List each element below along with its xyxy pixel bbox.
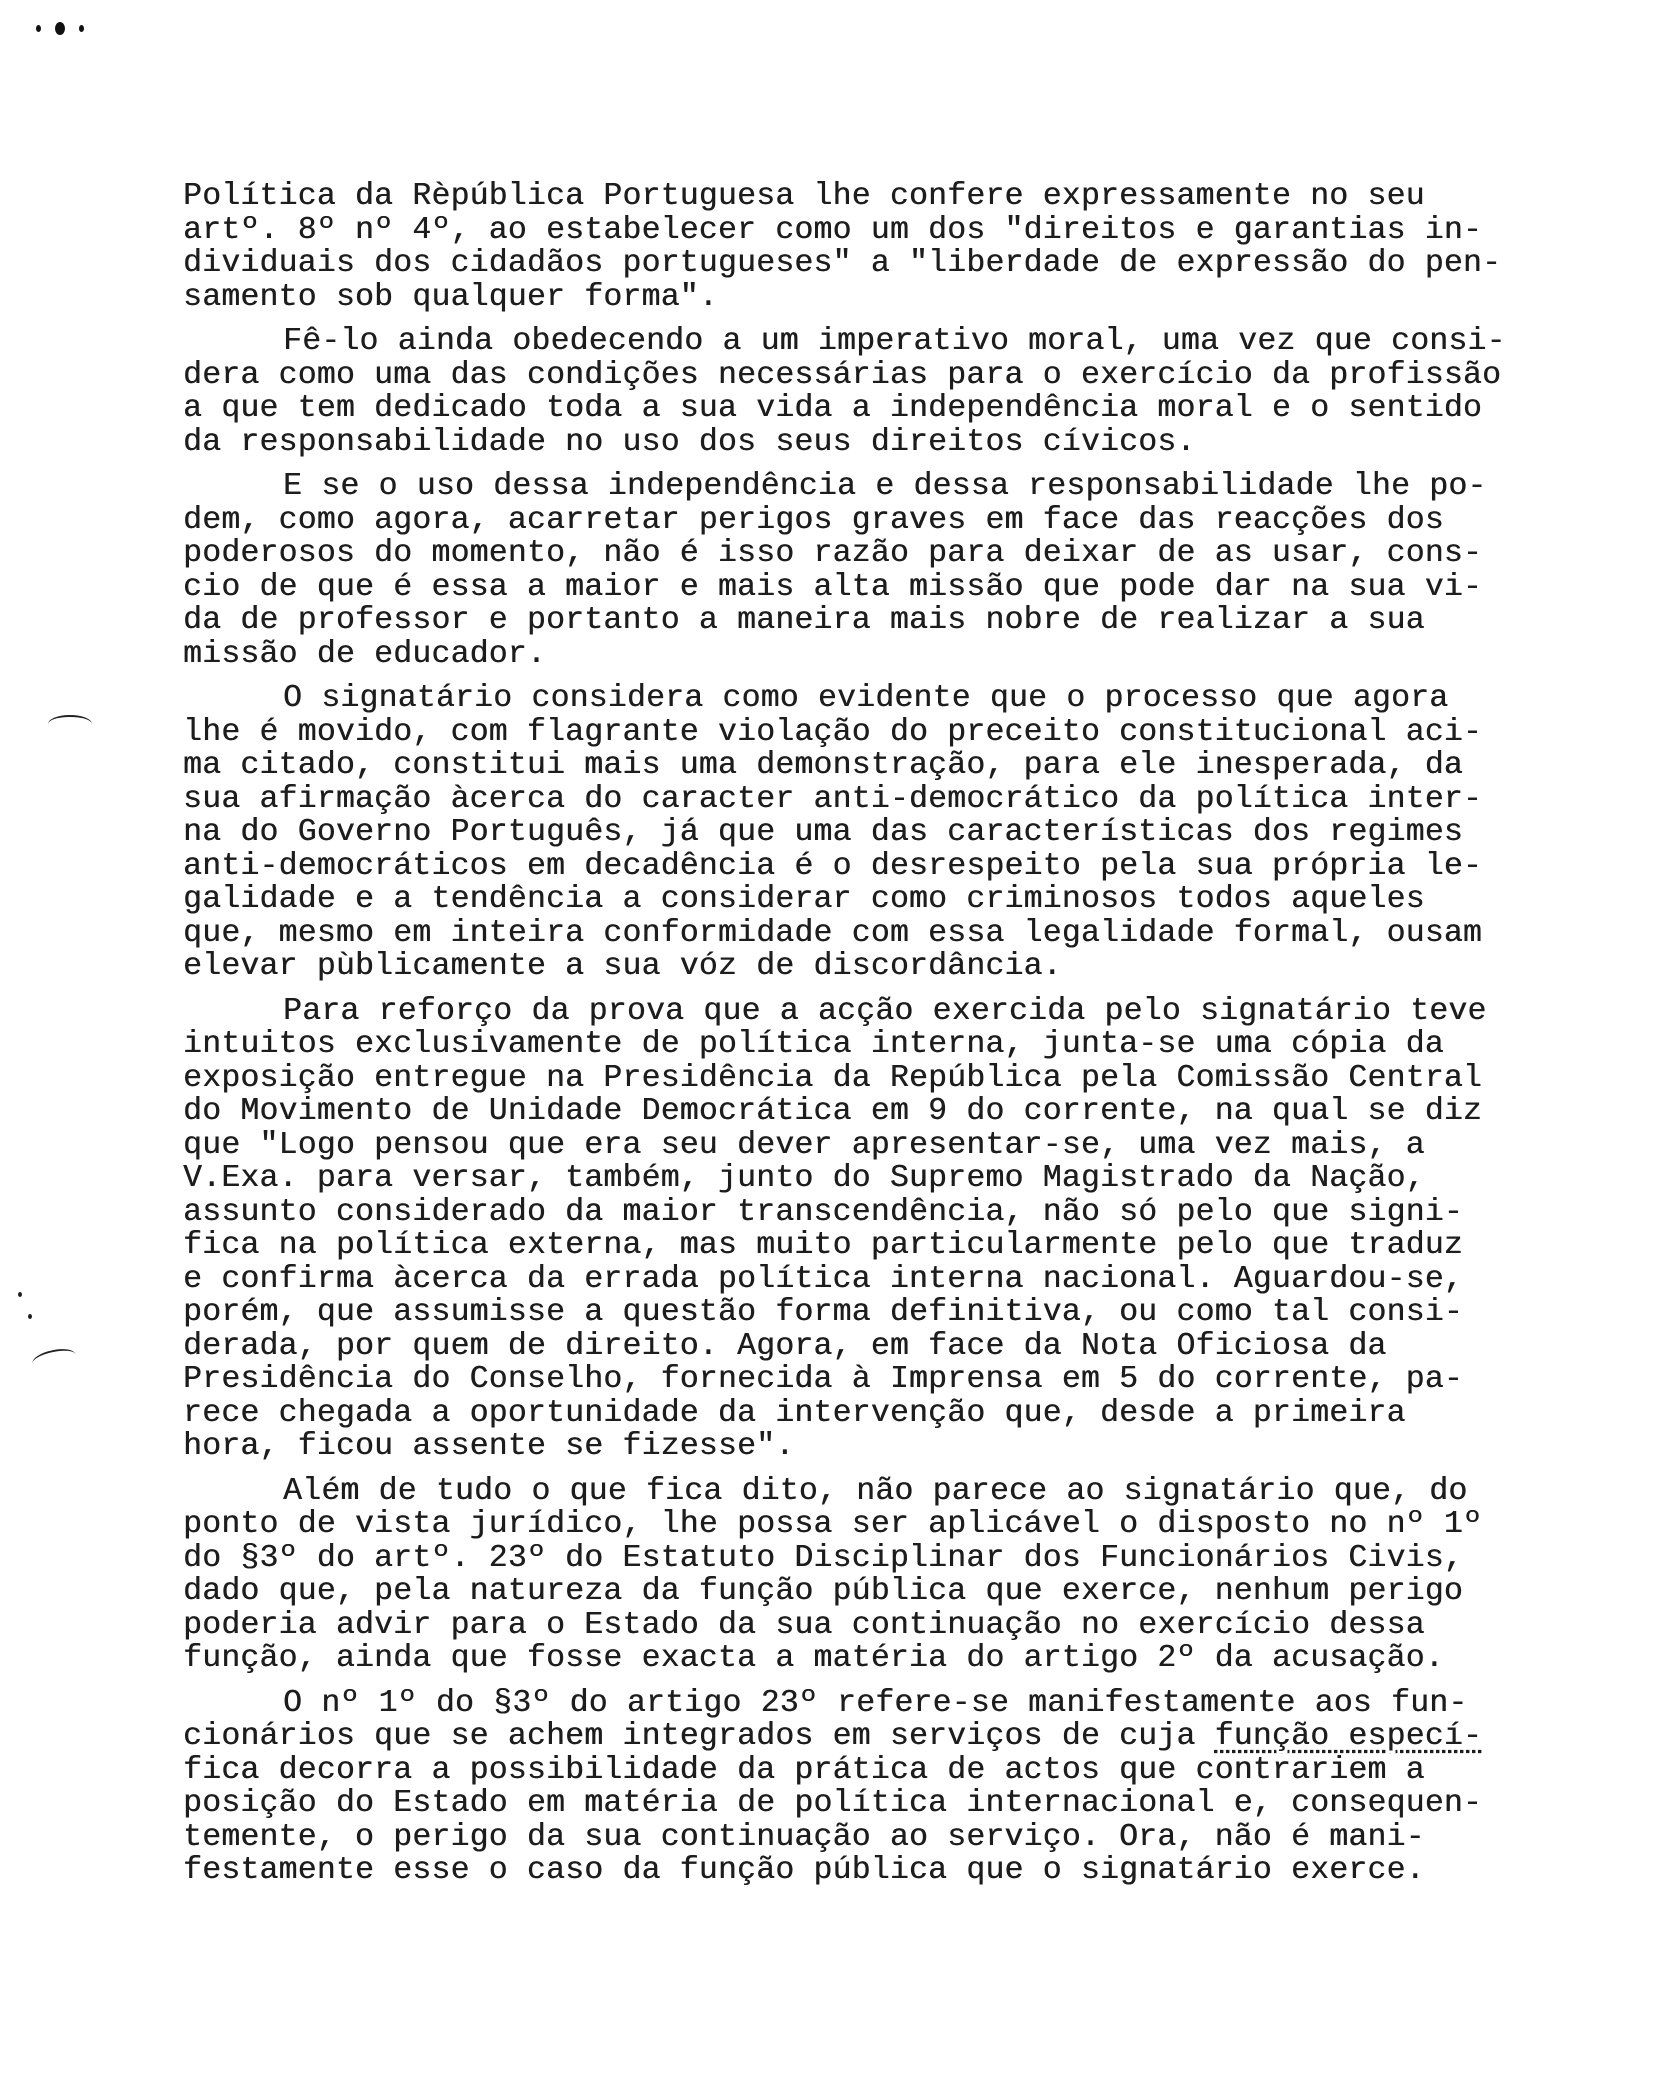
text-line: O signatário considera como evidente que…	[183, 682, 1613, 716]
paragraph: E se o uso dessa independência e dessa r…	[183, 470, 1613, 671]
text-line: derada, por quem de direito. Agora, em f…	[183, 1330, 1613, 1364]
paragraph: Política da Rèpública Portuguesa lhe con…	[183, 180, 1613, 314]
text-line: Fê-lo ainda obedecendo a um imperativo m…	[183, 325, 1613, 359]
text-line: Política da Rèpública Portuguesa lhe con…	[183, 180, 1613, 214]
text-line: artº. 8º nº 4º, ao estabelecer como um d…	[183, 214, 1613, 248]
text-line: dividuais dos cidadãos portugueses" a "l…	[183, 247, 1613, 281]
text-line: Além de tudo o que fica dito, não parece…	[183, 1475, 1613, 1509]
text-line: da responsabilidade no uso dos seus dire…	[183, 426, 1613, 460]
text-line: da de professor e portanto a maneira mai…	[183, 604, 1613, 638]
margin-arc-icon	[31, 1346, 78, 1373]
text-line: galidade e a tendência a considerar como…	[183, 883, 1613, 917]
paragraph: Para reforço da prova que a acção exerci…	[183, 995, 1613, 1464]
text-line: O nº 1º do §3º do artigo 23º refere-se m…	[183, 1687, 1613, 1721]
text-line: samento sob qualquer forma".	[183, 281, 1613, 315]
text-line: cio de que é essa a maior e mais alta mi…	[183, 571, 1613, 605]
text-line: ponto de vista jurídico, lhe possa ser a…	[183, 1508, 1613, 1542]
document-body: Política da Rèpública Portuguesa lhe con…	[183, 180, 1613, 1899]
ink-dot	[36, 25, 41, 32]
text-line: porém, que assumisse a questão forma def…	[183, 1296, 1613, 1330]
margin-speck-icon	[18, 1292, 22, 1297]
text-line: dera como uma das condições necessárias …	[183, 359, 1613, 393]
ink-dots-icon	[36, 22, 84, 35]
text-line: temente, o perigo da sua continuação ao …	[183, 1821, 1613, 1855]
text-line: dado que, pela natureza da função públic…	[183, 1575, 1613, 1609]
text-line: lhe é movido, com flagrante violação do …	[183, 716, 1613, 750]
ink-dot	[79, 25, 84, 32]
paragraph: Além de tudo o que fica dito, não parece…	[183, 1475, 1613, 1676]
text-line-with-underline: cionários que se achem integrados em ser…	[183, 1720, 1613, 1754]
underlined-phrase: função especí-	[1215, 1719, 1482, 1754]
paragraph: O signatário considera como evidente que…	[183, 682, 1613, 984]
text-line: hora, ficou assente se fizesse".	[183, 1430, 1613, 1464]
margin-speck-icon	[28, 1314, 32, 1319]
text-line: função, ainda que fosse exacta a matéria…	[183, 1642, 1613, 1676]
margin-arc-icon	[48, 715, 92, 733]
text-line: intuitos exclusivamente de política inte…	[183, 1028, 1613, 1062]
text-line: anti-democráticos em decadência é o desr…	[183, 850, 1613, 884]
text-line: do §3º do artº. 23º do Estatuto Discipli…	[183, 1542, 1613, 1576]
text-line: poderosos do momento, não é isso razão p…	[183, 537, 1613, 571]
text-line: E se o uso dessa independência e dessa r…	[183, 470, 1613, 504]
text-line: exposição entregue na Presidência da Rep…	[183, 1062, 1613, 1096]
text-line: sua afirmação àcerca do caracter anti-de…	[183, 783, 1613, 817]
text-line: fica na política externa, mas muito part…	[183, 1229, 1613, 1263]
paragraph: Fê-lo ainda obedecendo a um imperativo m…	[183, 325, 1613, 459]
text-line: rece chegada a oportunidade da intervenç…	[183, 1397, 1613, 1431]
text-line: na do Governo Português, já que uma das …	[183, 816, 1613, 850]
text-line: missão de educador.	[183, 638, 1613, 672]
text-line: fica decorra a possibilidade da prática …	[183, 1754, 1613, 1788]
text-line: do Movimento de Unidade Democrática em 9…	[183, 1095, 1613, 1129]
text-line: V.Exa. para versar, também, junto do Sup…	[183, 1162, 1613, 1196]
paragraph: O nº 1º do §3º do artigo 23º refere-se m…	[183, 1687, 1613, 1888]
text-line: Presidência do Conselho, fornecida à Imp…	[183, 1363, 1613, 1397]
text-line: Para reforço da prova que a acção exerci…	[183, 995, 1613, 1029]
text-line: posição do Estado em matéria de política…	[183, 1787, 1613, 1821]
text-line: que "Logo pensou que era seu dever apres…	[183, 1129, 1613, 1163]
text-line: elevar pùblicamente a sua vóz de discord…	[183, 950, 1613, 984]
text-line: poderia advir para o Estado da sua conti…	[183, 1609, 1613, 1643]
ink-dot	[55, 22, 65, 35]
scanned-document-page: Política da Rèpública Portuguesa lhe con…	[0, 0, 1680, 2096]
text-line: a que tem dedicado toda a sua vida a ind…	[183, 392, 1613, 426]
text-line: assunto considerado da maior transcendên…	[183, 1196, 1613, 1230]
text-line: festamente esse o caso da função pública…	[183, 1854, 1613, 1888]
text-line: que, mesmo em inteira conformidade com e…	[183, 917, 1613, 951]
text-line: e confirma àcerca da errada política int…	[183, 1263, 1613, 1297]
text-line: ma citado, constitui mais uma demonstraç…	[183, 749, 1613, 783]
text-line: dem, como agora, acarretar perigos grave…	[183, 504, 1613, 538]
